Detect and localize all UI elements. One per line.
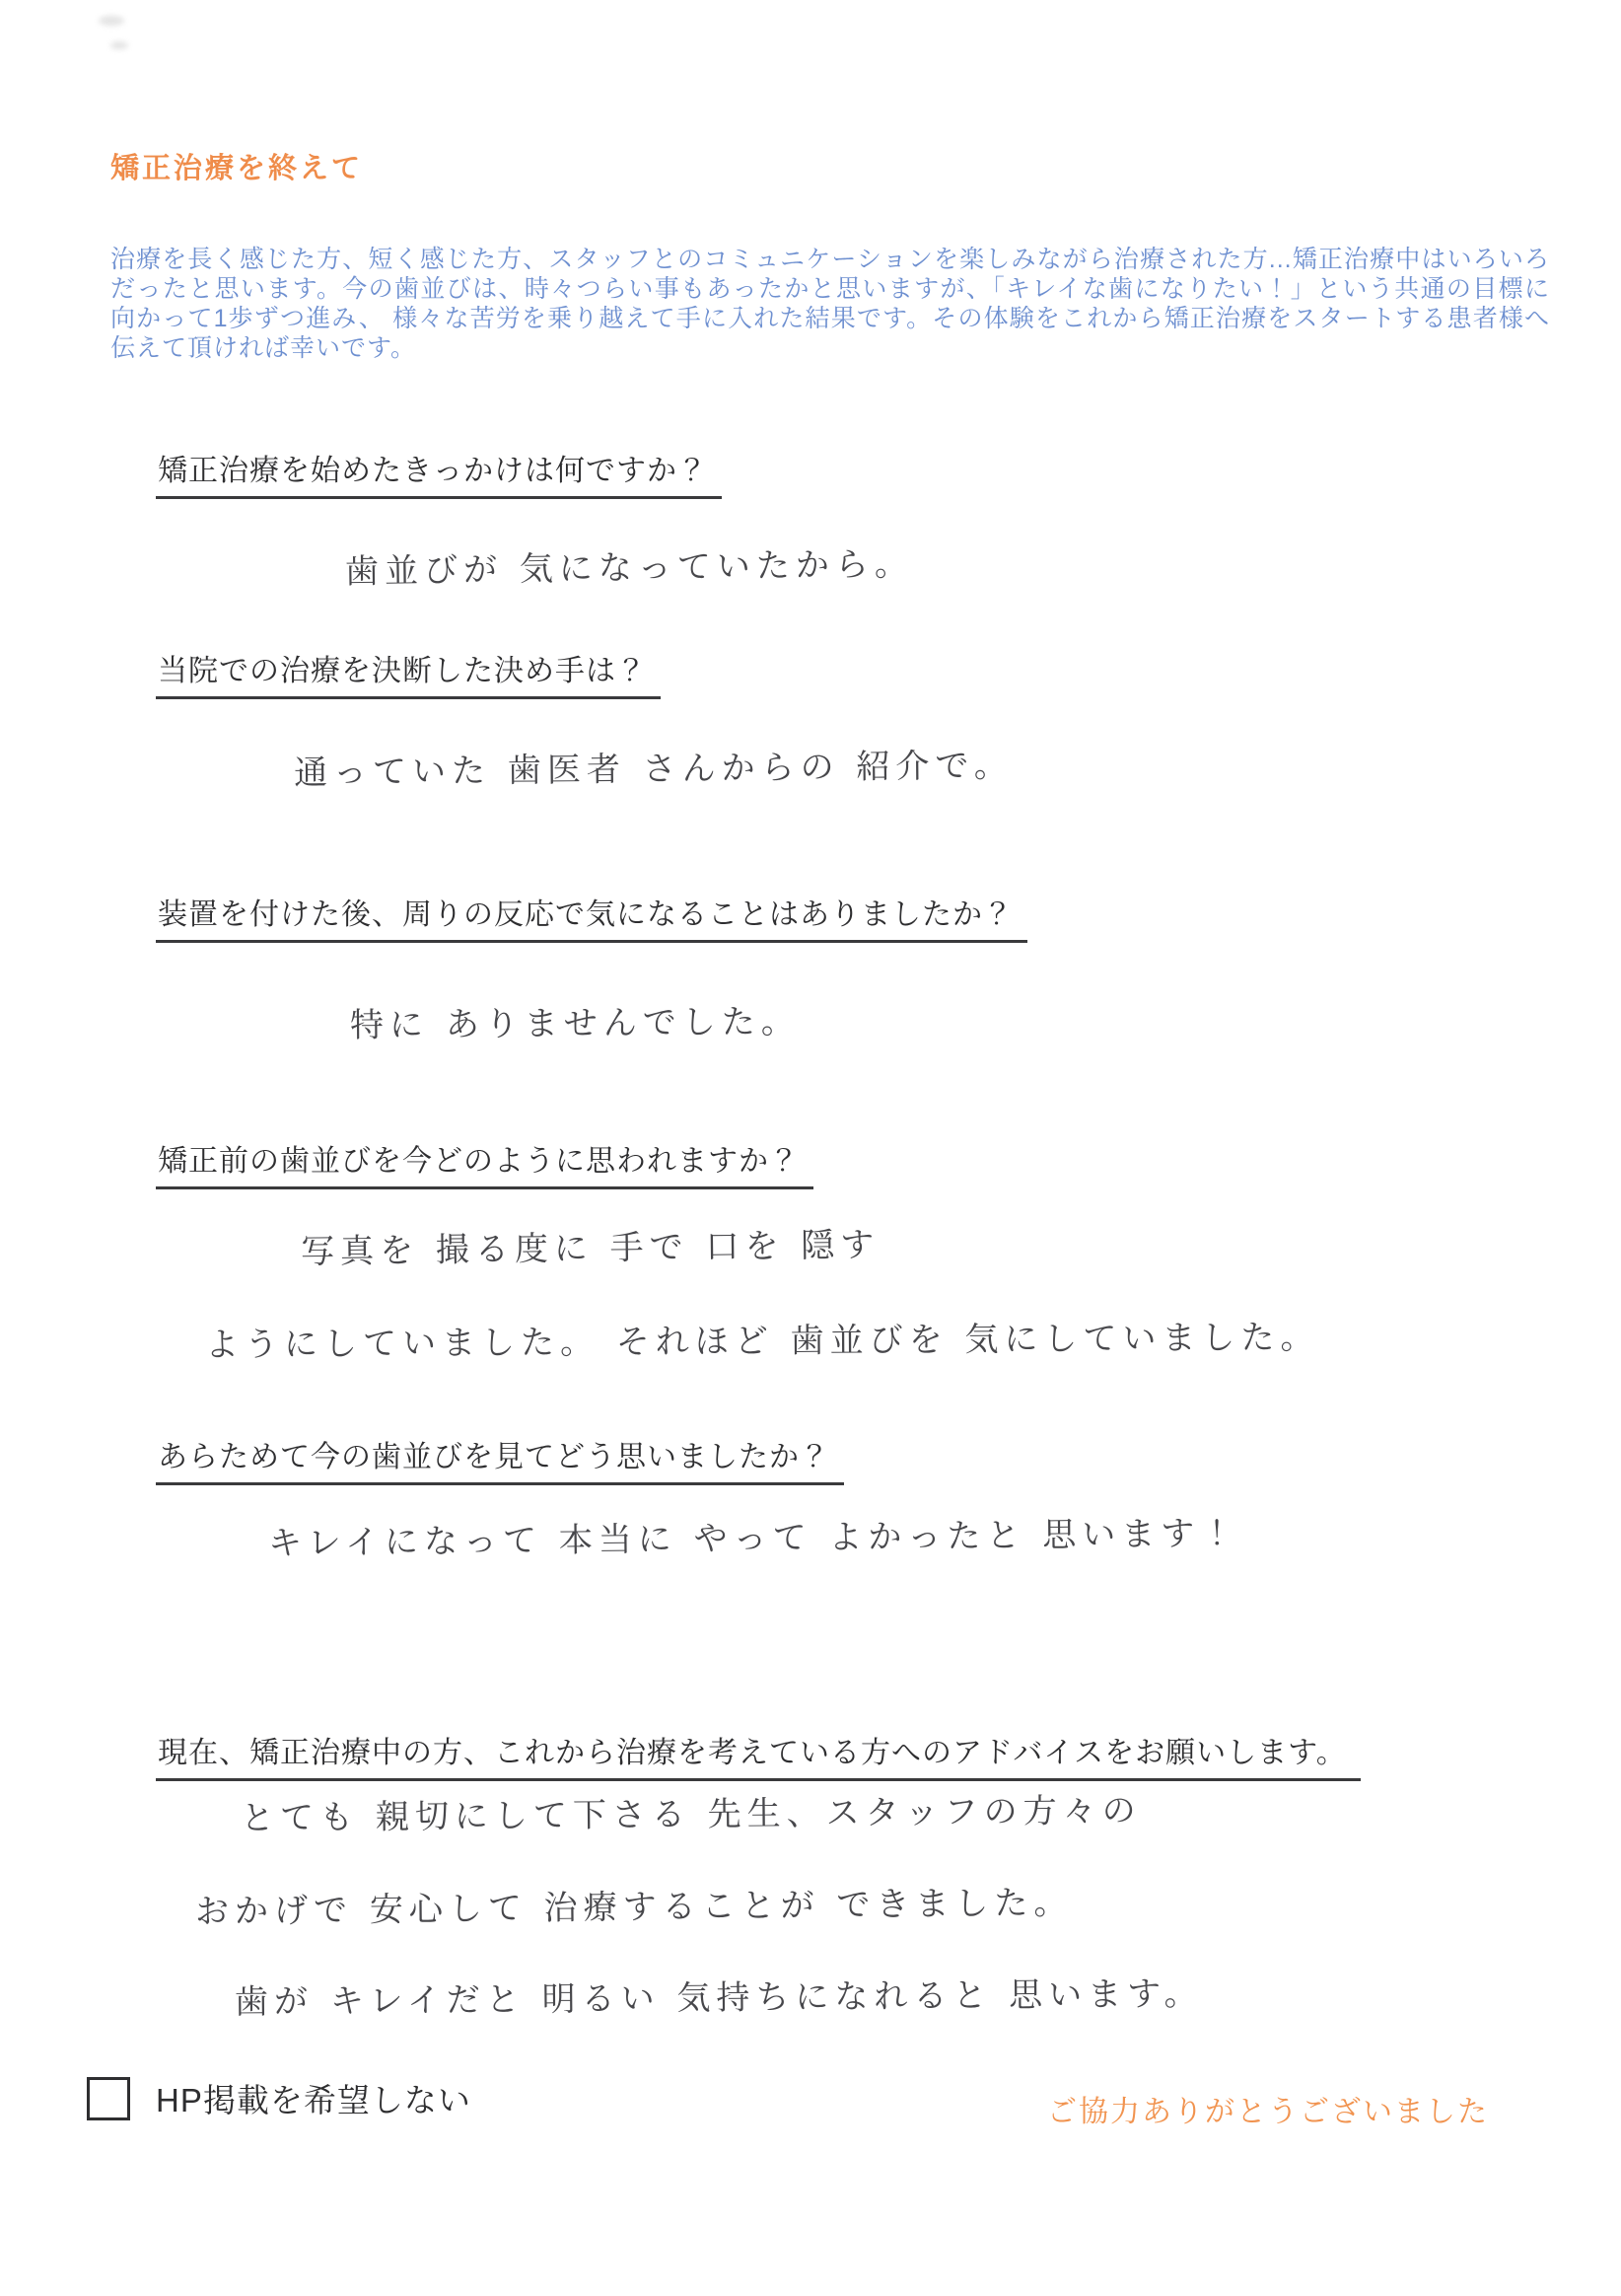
question-4-handwritten-answer-line-1: 写真を 撮る度に 手で 口を 隠す (301, 1217, 881, 1272)
question-4: 矯正前の歯並びを今どのように思われますか？ (156, 1136, 813, 1189)
question-6-handwritten-answer-line-2: おかげで 安心して 治療することが できました。 (195, 1875, 1074, 1932)
question-4-handwritten-answer-line-2: ようにしていました。 それほど 歯並びを 気にしていました。 (205, 1310, 1320, 1366)
question-6-label: 現在、矯正治療中の方、これから治療を考えている方へのアドバイスをお願いします。 (156, 1728, 1361, 1781)
question-6-handwritten-answer-line-1: とても 親切にして下さる 先生、スタッフの方々の (241, 1783, 1142, 1839)
scan-smudge (110, 41, 128, 49)
questionnaire-scan-page: 矯正治療を終えて 治療を長く感じた方、短く感じた方、スタッフとのコミュニケーショ… (0, 0, 1621, 2296)
question-1: 矯正治療を始めたきっかけは何ですか？ (156, 446, 722, 499)
question-6-handwritten-answer-line-3: 歯が キレイだと 明るい 気持ちになれると 思います。 (235, 1967, 1204, 2024)
scan-smudge (99, 16, 124, 26)
intro-paragraph: 治療を長く感じた方、短く感じた方、スタッフとのコミュニケーションを楽しみながら治… (110, 245, 1550, 363)
question-3-label: 装置を付けた後、周りの反応で気になることはありましたか？ (156, 890, 1027, 943)
question-3: 装置を付けた後、周りの反応で気になることはありましたか？ (156, 890, 1027, 943)
question-1-handwritten-answer: 歯並びが 気になっていたから。 (345, 537, 914, 593)
question-3-handwritten-answer: 特に ありませんでした。 (350, 994, 801, 1046)
question-4-label: 矯正前の歯並びを今どのように思われますか？ (156, 1136, 813, 1189)
hp-optout-label: HP掲載を希望しない (156, 2075, 471, 2121)
page-title: 矯正治療を終えて (110, 146, 363, 186)
thanks-message: ご協力ありがとうございました (1047, 2087, 1489, 2130)
question-5-handwritten-answer: キレイになって 本当に やって よかったと 思います！ (268, 1506, 1240, 1564)
question-5-label: あらためて今の歯並びを見てどう思いましたか？ (156, 1432, 844, 1485)
hp-optout-row: HP掲載を希望しない (87, 2075, 471, 2121)
question-1-label: 矯正治療を始めたきっかけは何ですか？ (156, 446, 722, 499)
question-5: あらためて今の歯並びを見てどう思いましたか？ (156, 1432, 844, 1485)
question-2: 当院での治療を決断した決め手は？ (156, 646, 661, 699)
question-2-handwritten-answer: 通っていた 歯医者 さんからの 紹介で。 (294, 738, 1014, 794)
question-2-label: 当院での治療を決断した決め手は？ (156, 646, 661, 699)
question-6: 現在、矯正治療中の方、これから治療を考えている方へのアドバイスをお願いします。 (156, 1728, 1361, 1781)
hp-optout-checkbox[interactable] (87, 2077, 130, 2120)
